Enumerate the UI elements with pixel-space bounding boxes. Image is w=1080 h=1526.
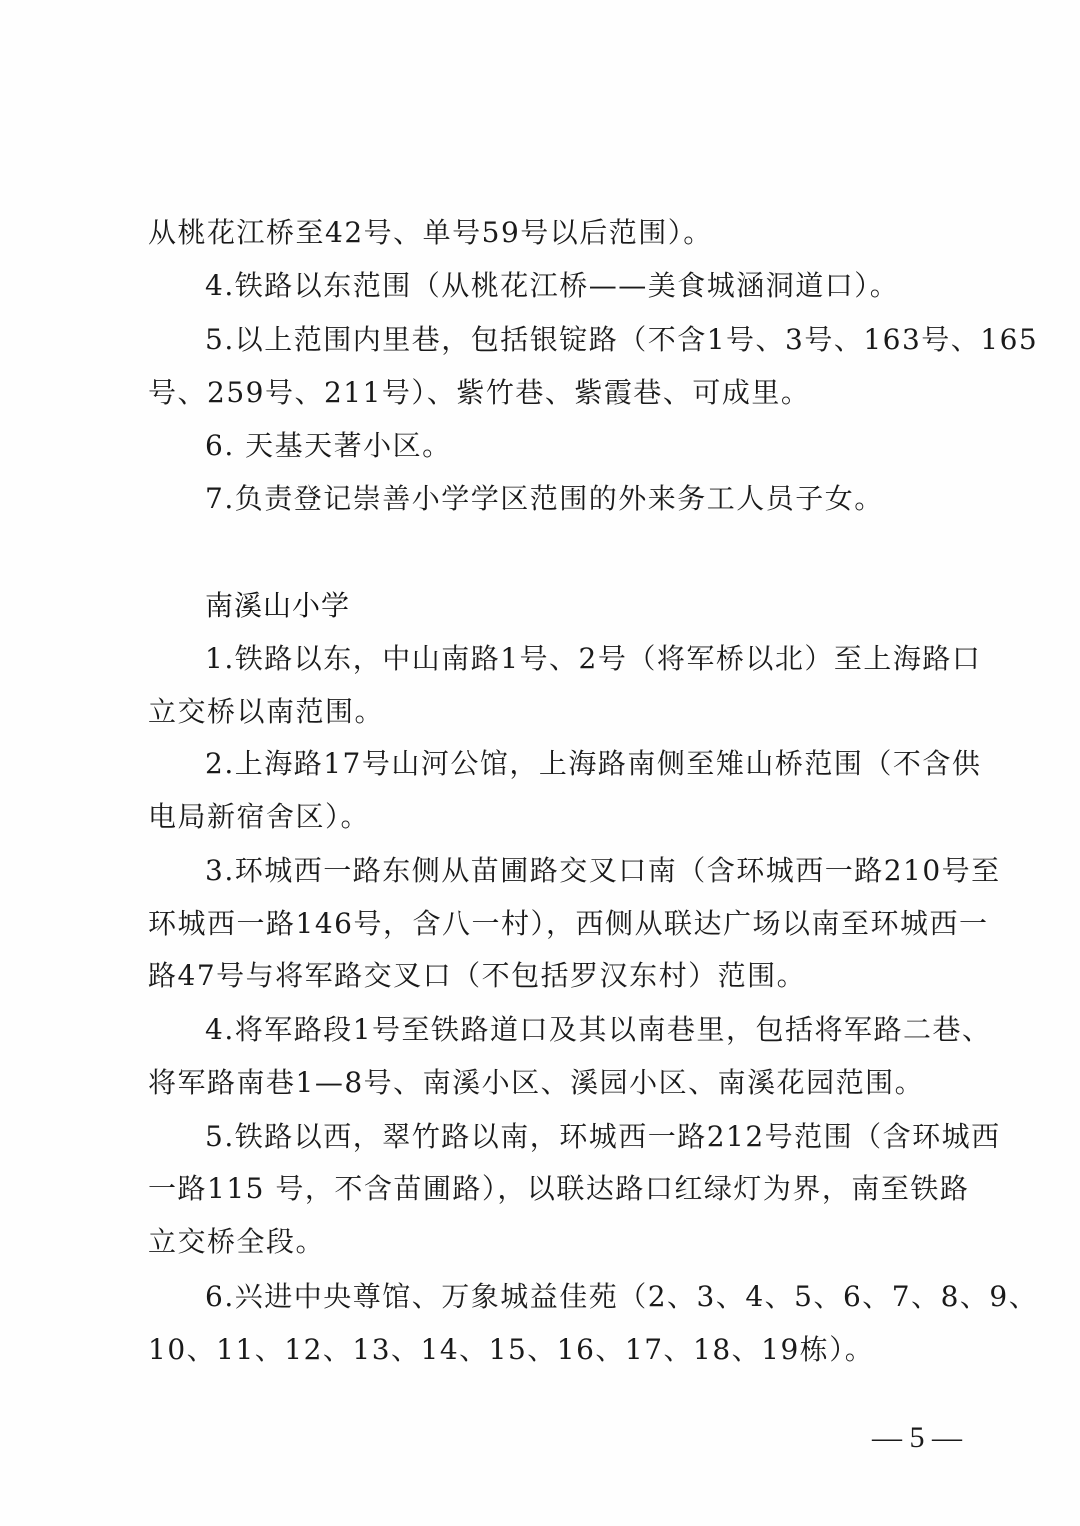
section-heading: 南溪山小学 [205,588,350,624]
list-item-5: 5.以上范围内里巷，包括银锭路（不含1号、3号、163号、165 [205,322,1038,358]
list-item-4: 4.铁路以东范围（从桃花江桥——美食城涵洞道口）。 [205,268,899,304]
document-page: 从桃花江桥至42号、单号59号以后范围）。 4.铁路以东范围（从桃花江桥——美食… [0,0,1080,1526]
text-line: 电局新宿舍区）。 [148,799,370,835]
list-item-2: 2.上海路17号山河公馆，上海路南侧至雉山桥范围（不含供 [205,746,981,782]
text-line: 从桃花江桥至42号、单号59号以后范围）。 [148,215,713,251]
list-item-6: 6.兴进中央尊馆、万象城益佳苑（2、3、4、5、6、7、8、9、 [205,1279,1038,1315]
text-line: 立交桥全段。 [148,1224,325,1260]
text-line: 立交桥以南范围。 [148,694,384,730]
list-item-6: 6. 天基天著小区。 [205,428,452,464]
list-item-1: 1.铁路以东，中山南路1号、2号（将军桥以北）至上海路口 [205,641,981,677]
text-line: 号、259号、211号）、紫竹巷、紫霞巷、可成里。 [148,375,810,411]
list-item-7: 7.负责登记崇善小学学区范围的外来务工人员子女。 [205,481,884,517]
list-item-5: 5.铁路以西，翠竹路以南，环城西一路212号范围（含环城西 [205,1119,1001,1155]
text-line: 路47号与将军路交叉口（不包括罗汉东村）范围。 [148,958,806,994]
list-item-3: 3.环城西一路东侧从苗圃路交叉口南（含环城西一路210号至 [205,853,1001,889]
page-number: — 5 — [872,1420,962,1456]
text-line: 一路115 号，不含苗圃路），以联达路口红绿灯为界，南至铁路 [148,1171,969,1207]
list-item-4: 4.将军路段1号至铁路道口及其以南巷里，包括将军路二巷、 [205,1012,992,1048]
text-line: 10、11、12、13、14、15、16、17、18、19栋）。 [148,1332,874,1368]
text-line: 将军路南巷1—8号、南溪小区、溪园小区、南溪花园范围。 [148,1065,924,1101]
text-line: 环城西一路146号，含八一村），西侧从联达广场以南至环城西一 [148,906,988,942]
